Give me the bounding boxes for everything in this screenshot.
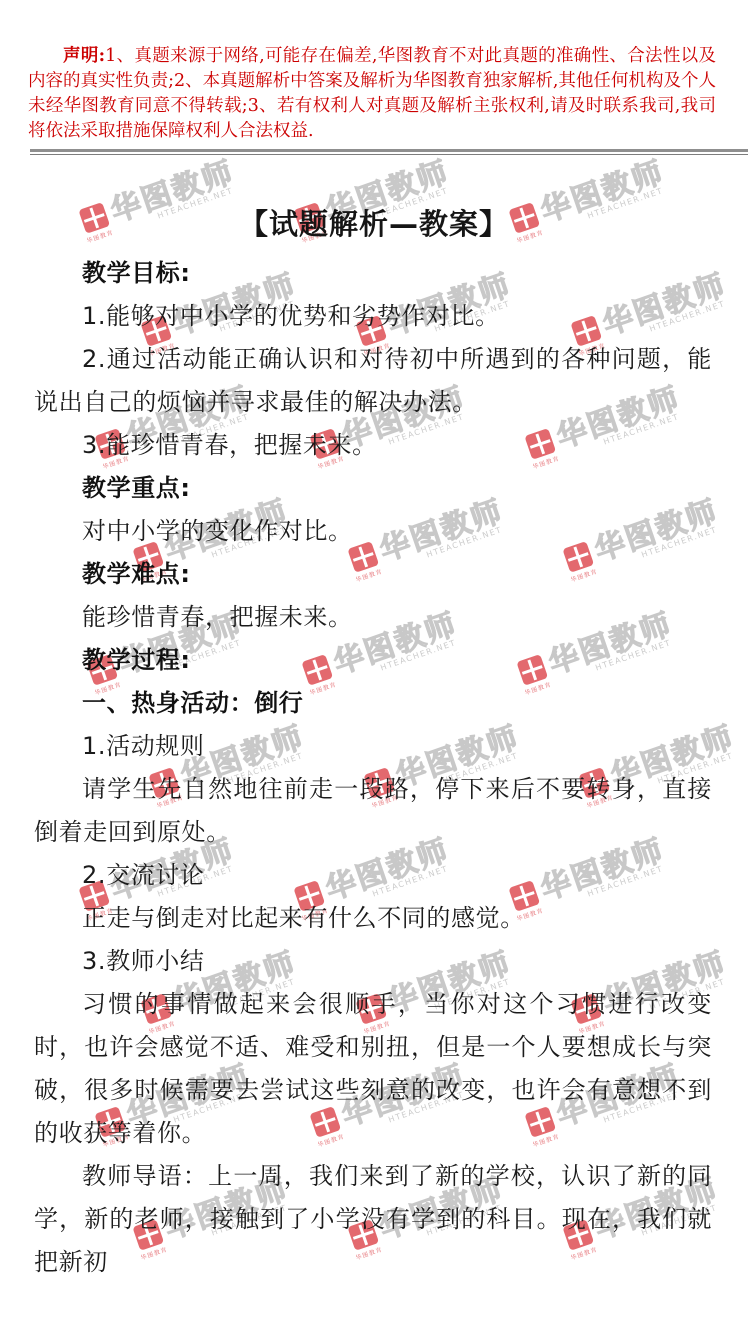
paragraph: 教师导语：上一周，我们来到了新的学校，认识了新的同学，新的老师，接触到了小学没有… bbox=[34, 1155, 712, 1284]
section-heading: 教学目标: bbox=[34, 252, 712, 295]
paragraph: 对中小学的变化作对比。 bbox=[34, 510, 712, 553]
document-content: 声明:1、真题来源于网络,可能存在偏差,华图教育不对此真题的准确性、合法性以及内… bbox=[0, 44, 748, 1284]
paragraph: 3.教师小结 bbox=[34, 940, 712, 983]
paragraph: 1.能够对中小学的优势和劣势作对比。 bbox=[34, 295, 712, 338]
paragraph: 请学生先自然地往前走一段路，停下来后不要转身，直接倒着走回到原处。 bbox=[34, 768, 712, 854]
paragraph: 2.交流讨论 bbox=[34, 854, 712, 897]
section-heading: 教学难点: bbox=[34, 553, 712, 596]
paragraph: 习惯的事情做起来会很顺手，当你对这个习惯进行改变时，也许会感觉不适、难受和别扭，… bbox=[34, 983, 712, 1155]
document-page: 华图教育华图教师HTEACHER.NET华图教育华图教师HTEACHER.NET… bbox=[0, 0, 748, 1335]
section-heading: 教学过程: bbox=[34, 639, 712, 682]
section-heading: 教学重点: bbox=[34, 467, 712, 510]
disclaimer: 声明:1、真题来源于网络,可能存在偏差,华图教育不对此真题的准确性、合法性以及内… bbox=[28, 44, 716, 144]
disclaimer-label: 声明: bbox=[63, 46, 105, 66]
paragraph: 正走与倒走对比起来有什么不同的感觉。 bbox=[34, 897, 712, 940]
paragraph: 能珍惜青春，把握未来。 bbox=[34, 596, 712, 639]
disclaimer-text: 1、真题来源于网络,可能存在偏差,华图教育不对此真题的准确性、合法性以及内容的真… bbox=[28, 46, 716, 141]
section-heading: 一、热身活动：倒行 bbox=[34, 682, 712, 725]
page-title: 【试题解析—教案】 bbox=[0, 205, 748, 243]
paragraph: 3.能珍惜青春，把握未来。 bbox=[34, 424, 712, 467]
document-body: 教学目标:1.能够对中小学的优势和劣势作对比。2.通过活动能正确认识和对待初中所… bbox=[34, 252, 712, 1284]
paragraph: 2.通过活动能正确认识和对待初中所遇到的各种问题，能说出自己的烦恼并寻求最佳的解… bbox=[34, 338, 712, 424]
paragraph: 1.活动规则 bbox=[34, 725, 712, 768]
separator-line bbox=[30, 149, 748, 155]
